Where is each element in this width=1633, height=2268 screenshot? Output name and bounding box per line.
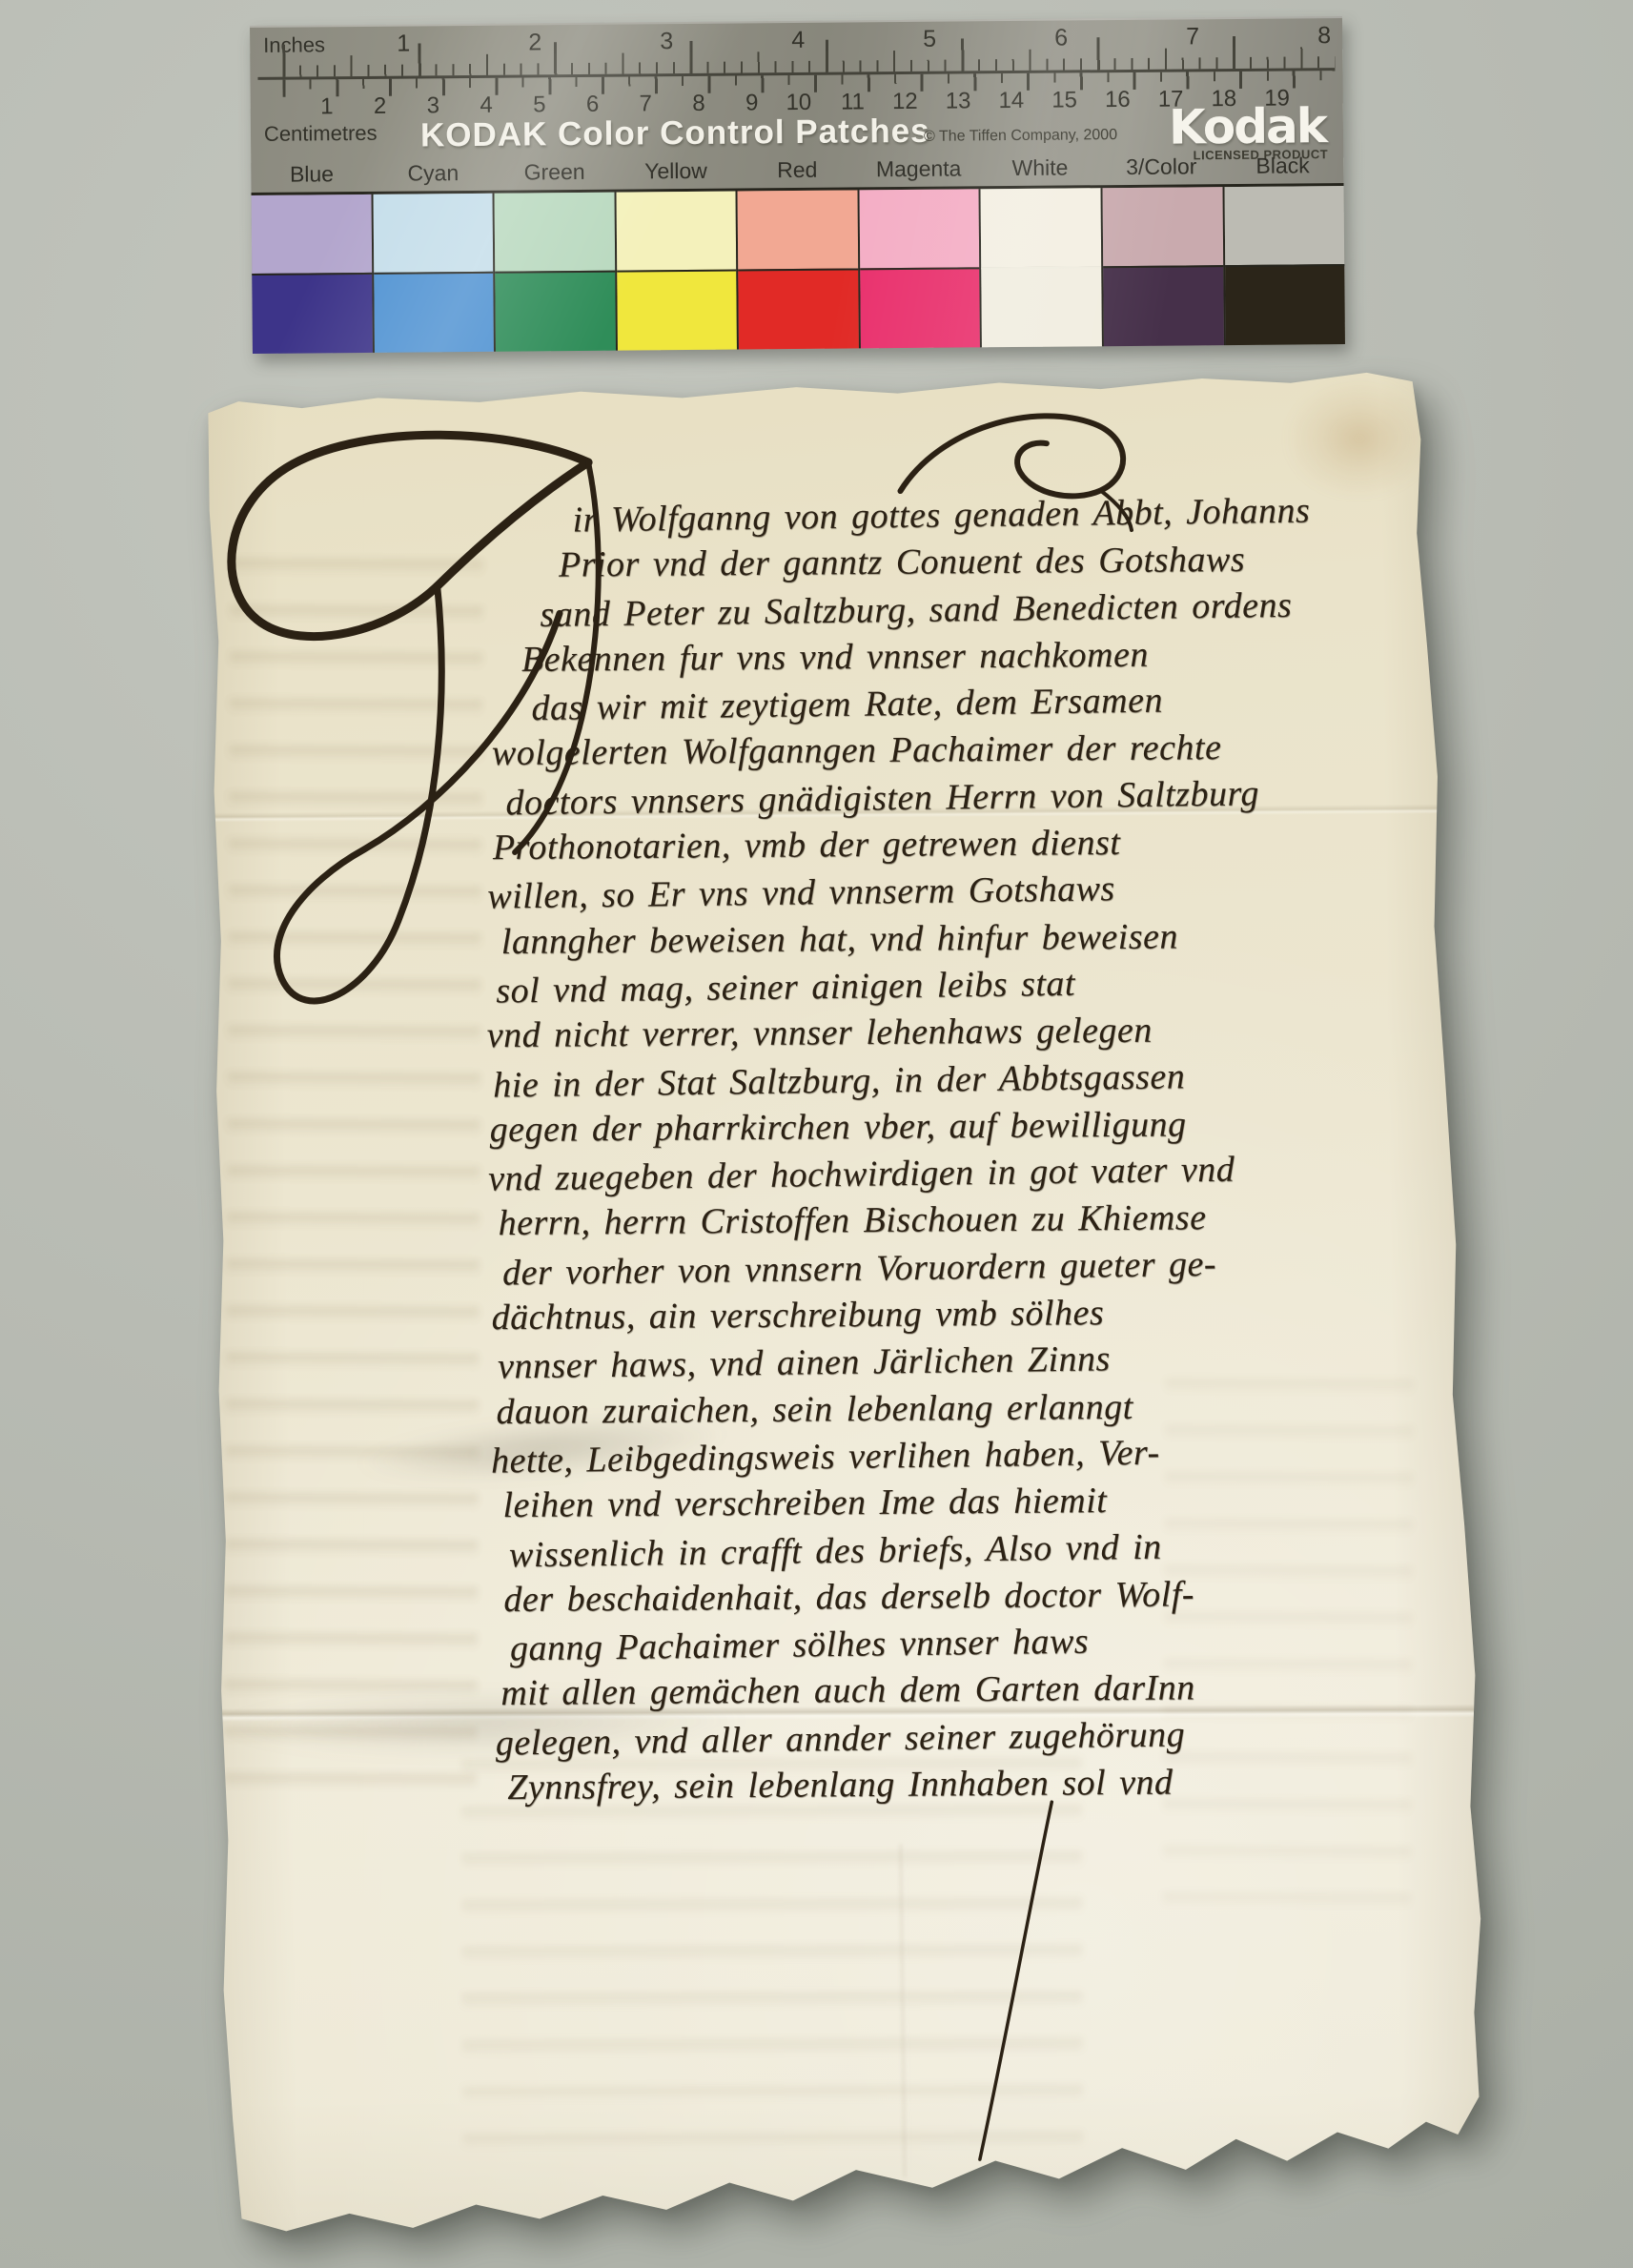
color-patch-column (857, 189, 980, 348)
color-patch-column (1100, 187, 1223, 346)
color-patch-dark (982, 266, 1102, 347)
color-patch-light (616, 192, 736, 271)
color-bar-copyright: © The Tiffen Company, 2000 (924, 127, 1117, 146)
cm-number: 14 (973, 88, 1027, 114)
color-patch-column (979, 188, 1102, 347)
patch-label: Blue (251, 161, 373, 191)
color-patch-light (495, 193, 615, 272)
color-patch-dark (738, 268, 858, 349)
manuscript-line: Zynnsfrey, sein lebenlang Innhaben sol v… (494, 1757, 1457, 1811)
cm-number: 15 (1027, 87, 1080, 113)
color-bar-title: KODAK Color Control Patches (420, 112, 930, 155)
inch-number: 3 (545, 28, 677, 56)
color-patch-light (981, 188, 1101, 267)
fold-crease-vertical (900, 1844, 908, 2177)
patch-label: Cyan (373, 160, 495, 190)
manuscript-page-wrap: ir Wolfganng von gottes genaden Abbt, Jo… (200, 379, 1468, 2253)
inch-number: 8 (1203, 22, 1335, 51)
patch-label: Red (737, 156, 859, 186)
swash-loop (900, 415, 1124, 498)
patch-label: White (979, 154, 1101, 184)
color-patch-light (1102, 187, 1222, 266)
descender-stroke (975, 1802, 1056, 2159)
color-patch-dark (374, 272, 494, 353)
cm-number: 1 (283, 93, 337, 120)
centimetres-label: Centimetres (264, 121, 378, 147)
color-patch-column (493, 193, 616, 352)
inch-number: 6 (940, 24, 1072, 52)
inch-number: 4 (677, 27, 808, 55)
color-patch-dark (617, 270, 737, 351)
color-patch-column (1222, 186, 1345, 345)
verso-showthrough-left (224, 537, 483, 1806)
color-patch-dark (495, 271, 615, 352)
color-patch-light (1224, 186, 1344, 265)
patch-label: Yellow (615, 158, 737, 188)
color-patch-column (736, 190, 859, 349)
patch-label: 3/Color (1101, 153, 1223, 183)
color-patch-dark (1225, 264, 1345, 345)
manuscript-page: ir Wolfganng von gottes genaden Abbt, Jo… (200, 364, 1491, 2253)
cm-number: 13 (921, 88, 974, 114)
inch-number: 1 (282, 30, 414, 58)
color-patches-grid (252, 183, 1345, 354)
color-patch-dark (860, 267, 980, 348)
patch-label: Magenta (858, 155, 980, 185)
color-patch-light (373, 194, 493, 273)
color-patch-column (252, 194, 373, 354)
patch-label: Black (1222, 153, 1344, 182)
photo-scene: Inches 12345678 123456789101112131415161… (0, 0, 1633, 2268)
cm-number: 2 (336, 93, 389, 120)
final-line-descender (961, 1794, 1071, 2167)
patch-label: Green (494, 159, 616, 189)
cm-number: 16 (1080, 87, 1133, 113)
kodak-color-control-bar: Inches 12345678 123456789101112131415161… (250, 16, 1345, 354)
inch-number: 5 (808, 26, 940, 54)
color-patch-dark (1103, 265, 1223, 346)
inch-number: 7 (1072, 23, 1203, 51)
color-patch-column (614, 192, 737, 351)
color-patch-light (252, 194, 372, 274)
color-patch-column (371, 194, 494, 353)
inch-numbers: 12345678 (282, 22, 1335, 59)
color-patch-light (738, 190, 858, 269)
color-patch-dark (252, 273, 372, 354)
inch-number: 2 (414, 29, 545, 57)
paper-stain (1282, 376, 1437, 501)
manuscript-text-block: ir Wolfganng von gottes genaden Abbt, Jo… (481, 487, 1457, 1812)
color-patch-light (859, 189, 979, 268)
